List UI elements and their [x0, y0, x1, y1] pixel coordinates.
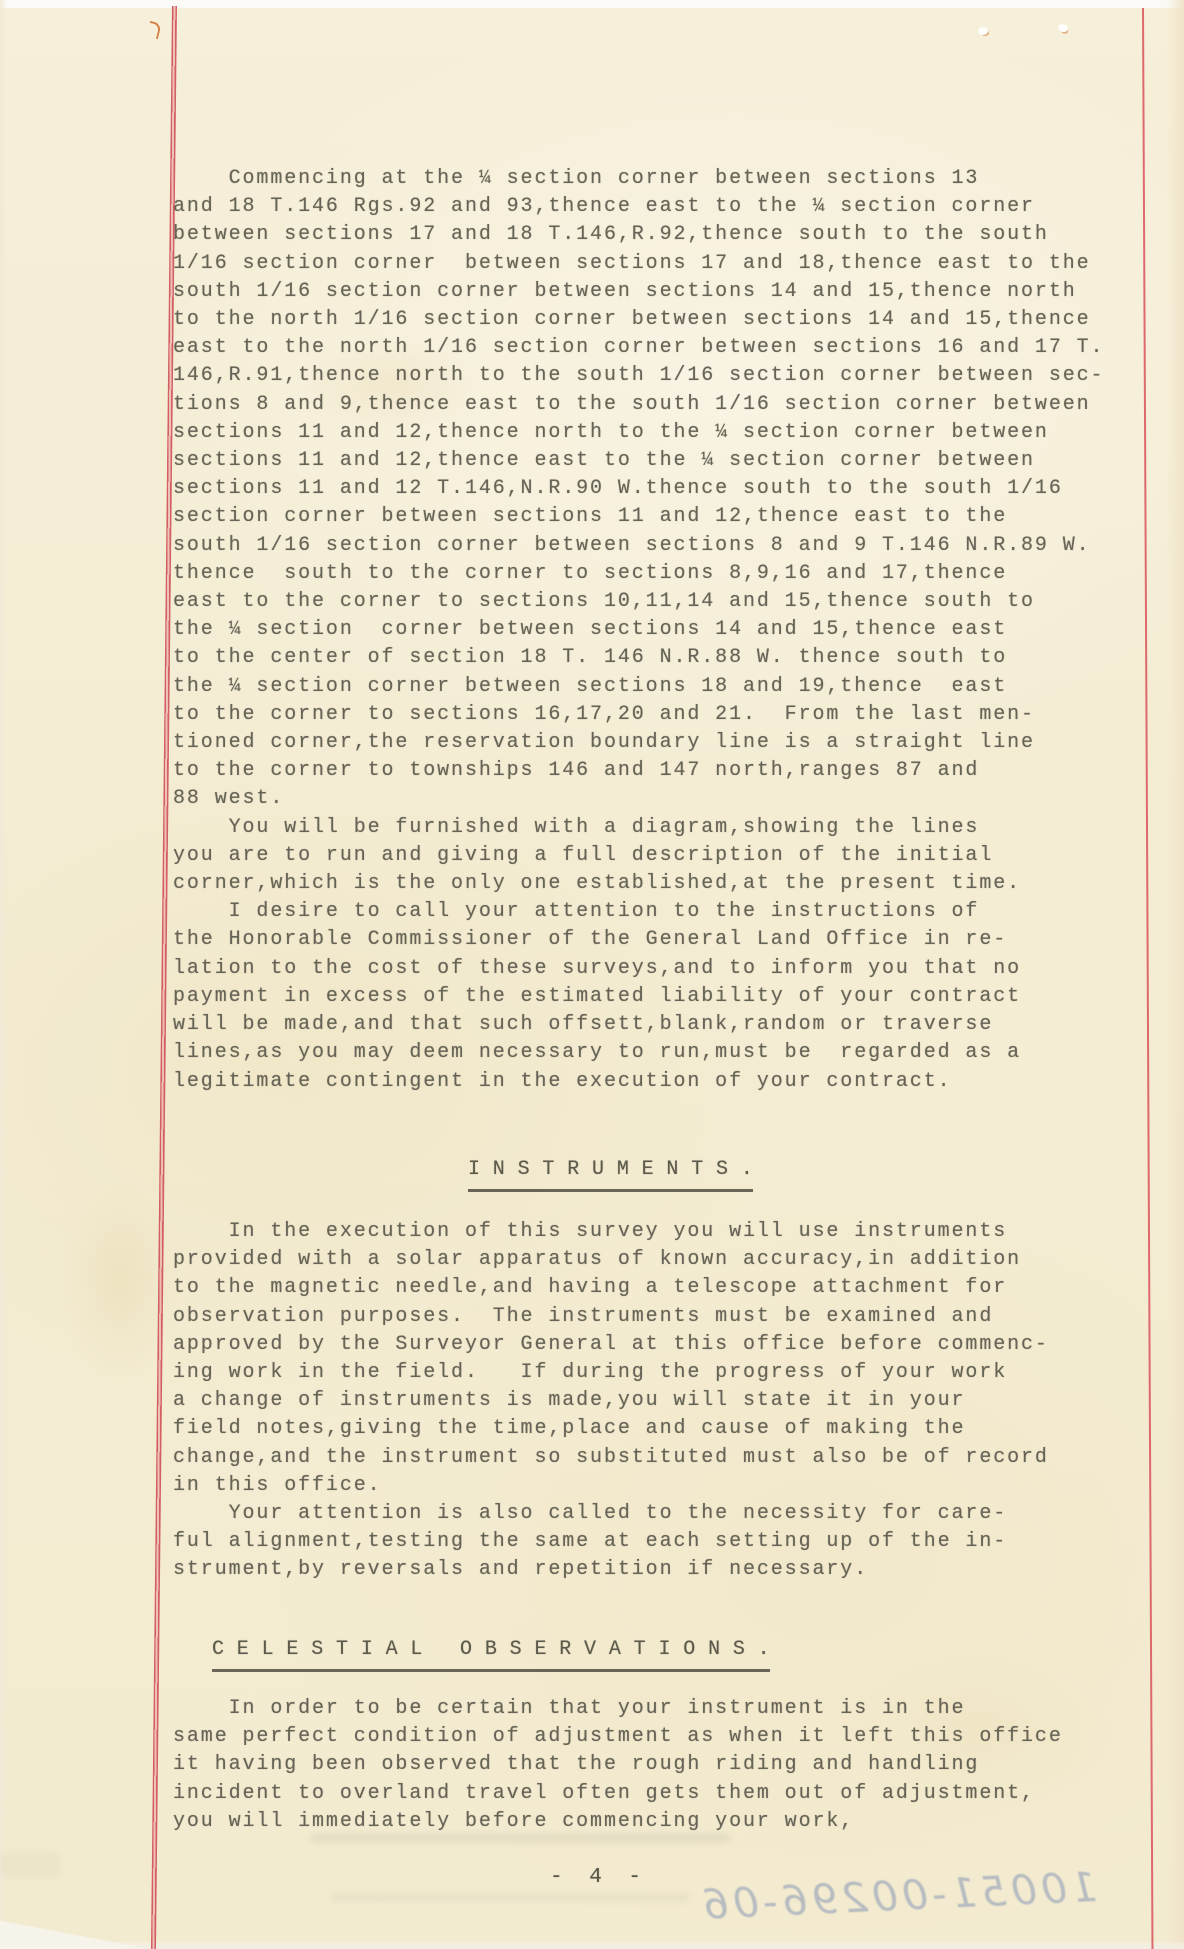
instruments-paragraphs: In the execution of this survey you will… — [173, 1218, 1173, 1585]
boundary-description-paragraphs: Commencing at the ¼ section corner betwe… — [173, 165, 1173, 1096]
ink-bleedthrough-smudge — [0, 1852, 60, 1878]
scanned-document-page: Commencing at the ¼ section corner betwe… — [0, 0, 1184, 1949]
page-number: - 4 - — [550, 1866, 648, 1889]
celestial-observations-paragraph: In order to be certain that your instrum… — [173, 1695, 1173, 1836]
instruments-heading: I N S T R U M E N T S . — [468, 1158, 753, 1192]
paper-speck — [1057, 23, 1069, 34]
scan-edge-bottom — [0, 1942, 1184, 1949]
ink-bleedthrough-smudge — [310, 1833, 730, 1843]
orange-ink-mark — [146, 21, 162, 39]
paper-speck — [978, 27, 988, 35]
ink-bleedthrough-smudge — [330, 1893, 690, 1902]
handwritten-archival-number: 10051-00296-06 — [647, 1855, 1149, 1938]
celestial-observations-heading: C E L E S T I A L O B S E R V A T I O N … — [212, 1638, 770, 1672]
scan-edge-top — [0, 0, 1184, 8]
scan-edge-left — [0, 0, 7, 1949]
